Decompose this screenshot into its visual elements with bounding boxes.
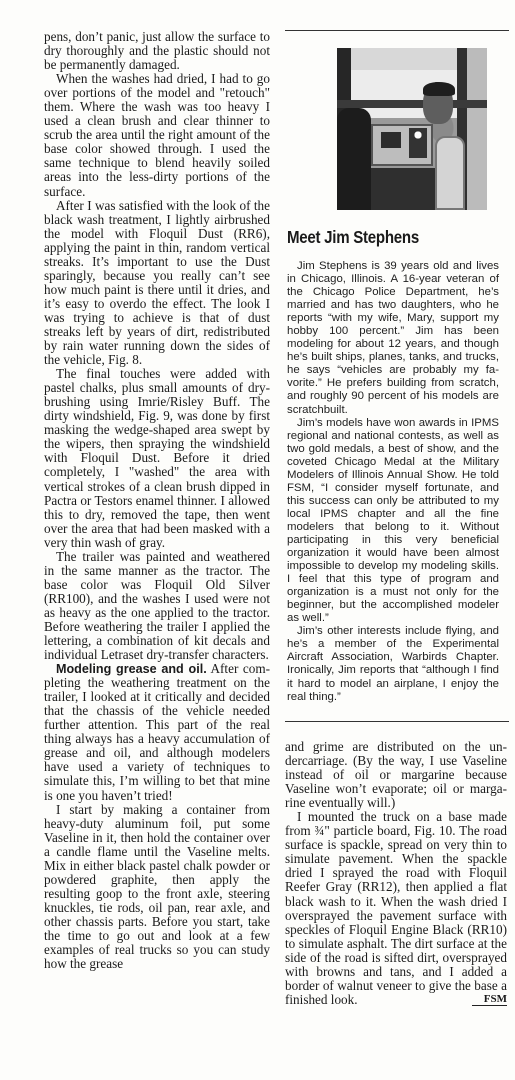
sidebar-title: Meet Jim Stephens: [287, 227, 419, 248]
body-paragraph: After I was satisfied with the look of t…: [44, 199, 270, 368]
sidebar-body: Jim Stephens is 39 years old and lives i…: [287, 260, 499, 704]
sidebar-top-rule: [285, 30, 509, 31]
photo-hair: [423, 82, 455, 96]
body-paragraph: The trailer was painted and weath­ered i…: [44, 550, 270, 662]
subhead-paragraph-text: After com­pleting the weathering treatme…: [44, 661, 270, 802]
subhead-grease-and-oil: Modeling grease and oil.: [56, 662, 207, 676]
sidebar-paragraph: Jim Stephens is 39 years old and lives i…: [287, 260, 499, 417]
sidebar-paragraph: Jim’s other interests include flying, an…: [287, 625, 499, 703]
photo-screen: [381, 132, 401, 148]
sidebar-paragraph: Jim’s models have won awards in IPMS reg…: [287, 417, 499, 626]
body-paragraph: pens, don’t panic, just allow the surfac…: [44, 30, 270, 72]
body-paragraph: The final touches were added with pastel…: [44, 367, 270, 550]
final-paragraph-text: I mounted the truck on a base made from …: [285, 809, 507, 1007]
body-paragraph: When the washes had dried, I had to go o…: [44, 72, 270, 198]
subhead-paragraph: Modeling grease and oil. After com­pleti…: [44, 662, 270, 802]
fsm-end-mark: FSM: [472, 994, 507, 1006]
photo-left-figure: [337, 108, 371, 210]
body-paragraph: I mounted the truck on a base made from …: [285, 810, 507, 1007]
body-paragraph: I start by making a container from heavy…: [44, 803, 270, 972]
photo-seat: [435, 136, 465, 210]
article-right-column: and grime are distributed on the un­derc…: [285, 740, 507, 1007]
article-left-column: pens, don’t panic, just allow the surfac…: [44, 30, 270, 971]
cockpit-photo: [337, 48, 487, 210]
photo-gauges: [409, 128, 427, 158]
sidebar-bottom-rule: [285, 721, 509, 722]
body-paragraph: and grime are distributed on the un­derc…: [285, 740, 507, 810]
